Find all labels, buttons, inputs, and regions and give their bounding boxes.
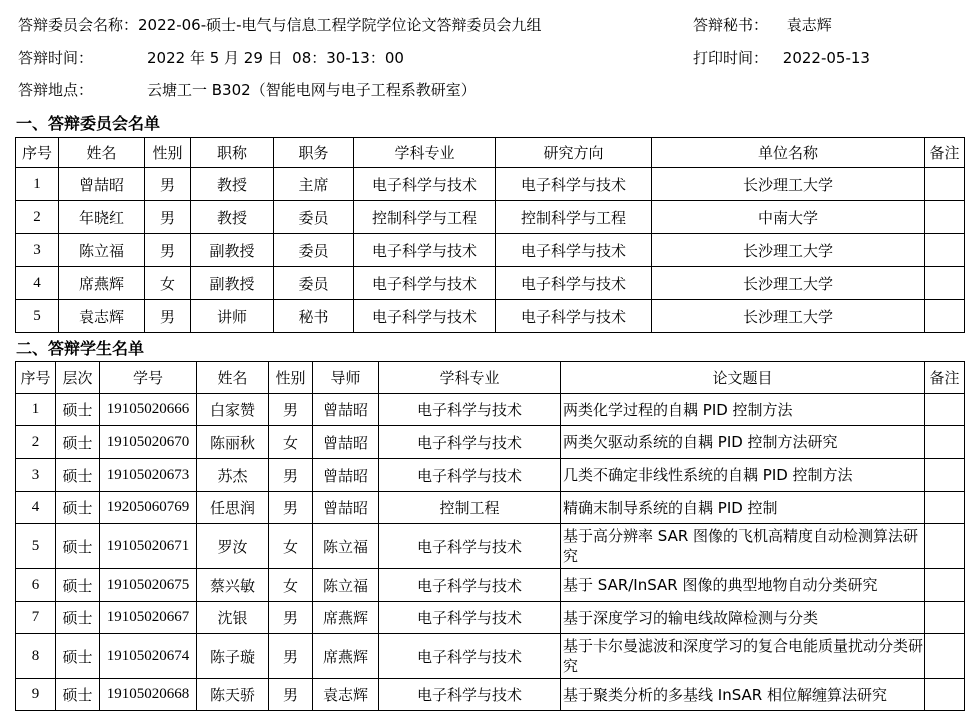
defense-time-value: 2022 年 5 月 29 日 08：30-13：00 bbox=[147, 47, 404, 68]
cell-advisor: 曾喆昭 bbox=[313, 492, 379, 524]
col-header-research: 研究方向 bbox=[496, 138, 652, 168]
committee-row: 2 年晓红 男 教授 委员 控制科学与工程 控制科学与工程 中南大学 bbox=[16, 201, 965, 234]
cell-title: 副教授 bbox=[191, 267, 274, 300]
cell-research: 电子科学与技术 bbox=[496, 168, 652, 201]
cell-advisor: 袁志辉 bbox=[313, 679, 379, 711]
cell-gender: 男 bbox=[145, 300, 191, 333]
cell-student-id: 19105020666 bbox=[100, 394, 197, 426]
print-time-label: 打印时间： bbox=[693, 49, 768, 67]
cell-thesis-title: 基于 SAR/InSAR 图像的典型地物自动分类研究 bbox=[561, 569, 925, 602]
cell-advisor: 曾喆昭 bbox=[313, 426, 379, 459]
cell-name: 陈立福 bbox=[59, 234, 145, 267]
cell-remarks bbox=[925, 459, 965, 492]
cell-name: 陈天骄 bbox=[197, 679, 269, 711]
committee-name-field: 答辩委员会名称：2022-06-硕士-电气与信息工程学院学位论文答辩委员会九组 bbox=[18, 14, 542, 35]
cell-role: 委员 bbox=[274, 267, 354, 300]
cell-discipline: 电子科学与技术 bbox=[379, 569, 561, 602]
secretary-value: 袁志辉 bbox=[787, 16, 832, 34]
cell-thesis-title: 精确末制导系统的自耦 PID 控制 bbox=[561, 492, 925, 524]
cell-title: 副教授 bbox=[191, 234, 274, 267]
cell-gender: 男 bbox=[269, 602, 313, 634]
col-header-name: 姓名 bbox=[197, 362, 269, 394]
cell-remarks bbox=[925, 492, 965, 524]
cell-thesis-title: 基于卡尔曼滤波和深度学习的复合电能质量扰动分类研究 bbox=[561, 634, 925, 679]
cell-name: 袁志辉 bbox=[59, 300, 145, 333]
col-header-discipline: 学科专业 bbox=[379, 362, 561, 394]
cell-remarks bbox=[925, 634, 965, 679]
cell-name: 苏杰 bbox=[197, 459, 269, 492]
cell-gender: 男 bbox=[145, 234, 191, 267]
print-time-value: 2022-05-13 bbox=[783, 49, 870, 67]
cell-institution: 长沙理工大学 bbox=[652, 168, 925, 201]
cell-name: 陈丽秋 bbox=[197, 426, 269, 459]
col-header-thesis-title: 论文题目 bbox=[561, 362, 925, 394]
cell-discipline: 电子科学与技术 bbox=[379, 459, 561, 492]
cell-level: 硕士 bbox=[56, 492, 100, 524]
cell-index: 5 bbox=[16, 524, 56, 569]
cell-remarks bbox=[925, 201, 965, 234]
cell-institution: 长沙理工大学 bbox=[652, 300, 925, 333]
cell-level: 硕士 bbox=[56, 394, 100, 426]
student-row: 5 硕士 19105020671 罗汝 女 陈立福 电子科学与技术 基于高分辨率… bbox=[16, 524, 965, 569]
cell-student-id: 19105020670 bbox=[100, 426, 197, 459]
cell-gender: 女 bbox=[269, 569, 313, 602]
cell-index: 7 bbox=[16, 602, 56, 634]
student-row: 6 硕士 19105020675 蔡兴敏 女 陈立福 电子科学与技术 基于 SA… bbox=[16, 569, 965, 602]
cell-remarks bbox=[925, 426, 965, 459]
cell-research: 控制科学与工程 bbox=[496, 201, 652, 234]
cell-discipline: 电子科学与技术 bbox=[354, 168, 496, 201]
col-header-index: 序号 bbox=[16, 362, 56, 394]
student-row: 2 硕士 19105020670 陈丽秋 女 曾喆昭 电子科学与技术 两类欠驱动… bbox=[16, 426, 965, 459]
cell-gender: 女 bbox=[269, 426, 313, 459]
student-row: 9 硕士 19105020668 陈天骄 男 袁志辉 电子科学与技术 基于聚类分… bbox=[16, 679, 965, 711]
cell-advisor: 曾喆昭 bbox=[313, 394, 379, 426]
cell-title: 教授 bbox=[191, 168, 274, 201]
cell-level: 硕士 bbox=[56, 426, 100, 459]
committee-row: 4 席燕辉 女 副教授 委员 电子科学与技术 电子科学与技术 长沙理工大学 bbox=[16, 267, 965, 300]
cell-index: 2 bbox=[16, 426, 56, 459]
cell-level: 硕士 bbox=[56, 679, 100, 711]
cell-role: 秘书 bbox=[274, 300, 354, 333]
cell-gender: 女 bbox=[145, 267, 191, 300]
cell-gender: 男 bbox=[269, 492, 313, 524]
cell-discipline: 电子科学与技术 bbox=[354, 267, 496, 300]
cell-name: 白家赞 bbox=[197, 394, 269, 426]
cell-gender: 男 bbox=[145, 168, 191, 201]
cell-student-id: 19105020671 bbox=[100, 524, 197, 569]
committee-name-label: 答辩委员会名称： bbox=[18, 16, 138, 34]
cell-institution: 长沙理工大学 bbox=[652, 234, 925, 267]
cell-institution: 长沙理工大学 bbox=[652, 267, 925, 300]
cell-name: 年晓红 bbox=[59, 201, 145, 234]
cell-remarks bbox=[925, 569, 965, 602]
col-header-index: 序号 bbox=[16, 138, 59, 168]
cell-index: 6 bbox=[16, 569, 56, 602]
student-row: 8 硕士 19105020674 陈子璇 男 席燕辉 电子科学与技术 基于卡尔曼… bbox=[16, 634, 965, 679]
cell-name: 陈子璇 bbox=[197, 634, 269, 679]
cell-gender: 女 bbox=[269, 524, 313, 569]
cell-student-id: 19105020675 bbox=[100, 569, 197, 602]
cell-title: 教授 bbox=[191, 201, 274, 234]
col-header-title: 职称 bbox=[191, 138, 274, 168]
col-header-role: 职务 bbox=[274, 138, 354, 168]
cell-name: 罗汝 bbox=[197, 524, 269, 569]
cell-level: 硕士 bbox=[56, 602, 100, 634]
cell-level: 硕士 bbox=[56, 569, 100, 602]
cell-index: 1 bbox=[16, 168, 59, 201]
col-header-discipline: 学科专业 bbox=[354, 138, 496, 168]
cell-role: 委员 bbox=[274, 234, 354, 267]
cell-name: 沈银 bbox=[197, 602, 269, 634]
committee-section-title: 一、答辩委员会名单 bbox=[16, 111, 160, 134]
student-row: 1 硕士 19105020666 白家赞 男 曾喆昭 电子科学与技术 两类化学过… bbox=[16, 394, 965, 426]
cell-discipline: 控制科学与工程 bbox=[354, 201, 496, 234]
students-table: 序号 层次 学号 姓名 性别 导师 学科专业 论文题目 备注 1 硕士 1910… bbox=[15, 361, 965, 711]
committee-table: 序号 姓名 性别 职称 职务 学科专业 研究方向 单位名称 备注 1 曾喆昭 男… bbox=[15, 137, 965, 333]
cell-discipline: 电子科学与技术 bbox=[379, 634, 561, 679]
defense-location-value: 云塘工一 B302（智能电网与电子工程系教研室） bbox=[147, 79, 476, 100]
cell-discipline: 电子科学与技术 bbox=[379, 524, 561, 569]
cell-thesis-title: 基于深度学习的输电线故障检测与分类 bbox=[561, 602, 925, 634]
cell-student-id: 19105020667 bbox=[100, 602, 197, 634]
col-header-gender: 性别 bbox=[145, 138, 191, 168]
cell-gender: 男 bbox=[269, 394, 313, 426]
cell-gender: 男 bbox=[269, 679, 313, 711]
cell-index: 2 bbox=[16, 201, 59, 234]
cell-name: 任思润 bbox=[197, 492, 269, 524]
cell-student-id: 19105020674 bbox=[100, 634, 197, 679]
cell-role: 主席 bbox=[274, 168, 354, 201]
cell-index: 1 bbox=[16, 394, 56, 426]
cell-remarks bbox=[925, 679, 965, 711]
defense-time-label: 答辩时间： bbox=[18, 49, 93, 67]
cell-advisor: 陈立福 bbox=[313, 524, 379, 569]
col-header-student-id: 学号 bbox=[100, 362, 197, 394]
cell-discipline: 电子科学与技术 bbox=[379, 394, 561, 426]
secretary-field: 答辩秘书： 袁志辉 bbox=[693, 14, 832, 35]
cell-discipline: 电子科学与技术 bbox=[379, 679, 561, 711]
cell-research: 电子科学与技术 bbox=[496, 267, 652, 300]
secretary-label: 答辩秘书： bbox=[693, 16, 768, 34]
cell-level: 硕士 bbox=[56, 634, 100, 679]
cell-index: 4 bbox=[16, 492, 56, 524]
cell-gender: 男 bbox=[269, 459, 313, 492]
col-header-gender: 性别 bbox=[269, 362, 313, 394]
cell-remarks bbox=[925, 394, 965, 426]
students-section-title: 二、答辩学生名单 bbox=[16, 336, 144, 359]
committee-header-row: 序号 姓名 性别 职称 职务 学科专业 研究方向 单位名称 备注 bbox=[16, 138, 965, 168]
cell-index: 3 bbox=[16, 459, 56, 492]
committee-row: 3 陈立福 男 副教授 委员 电子科学与技术 电子科学与技术 长沙理工大学 bbox=[16, 234, 965, 267]
cell-discipline: 电子科学与技术 bbox=[379, 602, 561, 634]
cell-student-id: 19105020673 bbox=[100, 459, 197, 492]
cell-thesis-title: 基于聚类分析的多基线 InSAR 相位解缠算法研究 bbox=[561, 679, 925, 711]
cell-discipline: 电子科学与技术 bbox=[379, 426, 561, 459]
cell-index: 8 bbox=[16, 634, 56, 679]
col-header-advisor: 导师 bbox=[313, 362, 379, 394]
committee-row: 5 袁志辉 男 讲师 秘书 电子科学与技术 电子科学与技术 长沙理工大学 bbox=[16, 300, 965, 333]
cell-gender: 男 bbox=[145, 201, 191, 234]
cell-advisor: 席燕辉 bbox=[313, 634, 379, 679]
cell-name: 蔡兴敏 bbox=[197, 569, 269, 602]
student-row: 3 硕士 19105020673 苏杰 男 曾喆昭 电子科学与技术 几类不确定非… bbox=[16, 459, 965, 492]
cell-remarks bbox=[925, 267, 965, 300]
cell-advisor: 曾喆昭 bbox=[313, 459, 379, 492]
cell-discipline: 电子科学与技术 bbox=[354, 300, 496, 333]
cell-research: 电子科学与技术 bbox=[496, 234, 652, 267]
committee-row: 1 曾喆昭 男 教授 主席 电子科学与技术 电子科学与技术 长沙理工大学 bbox=[16, 168, 965, 201]
cell-advisor: 席燕辉 bbox=[313, 602, 379, 634]
student-row: 7 硕士 19105020667 沈银 男 席燕辉 电子科学与技术 基于深度学习… bbox=[16, 602, 965, 634]
col-header-remarks: 备注 bbox=[925, 362, 965, 394]
cell-remarks bbox=[925, 524, 965, 569]
cell-institution: 中南大学 bbox=[652, 201, 925, 234]
student-row: 4 硕士 19205060769 任思润 男 曾喆昭 控制工程 精确末制导系统的… bbox=[16, 492, 965, 524]
col-header-level: 层次 bbox=[56, 362, 100, 394]
defense-location-label: 答辩地点： bbox=[18, 79, 93, 100]
cell-thesis-title: 几类不确定非线性系统的自耦 PID 控制方法 bbox=[561, 459, 925, 492]
cell-level: 硕士 bbox=[56, 459, 100, 492]
print-time-field: 打印时间： 2022-05-13 bbox=[693, 47, 870, 68]
students-header-row: 序号 层次 学号 姓名 性别 导师 学科专业 论文题目 备注 bbox=[16, 362, 965, 394]
cell-remarks bbox=[925, 168, 965, 201]
cell-advisor: 陈立福 bbox=[313, 569, 379, 602]
cell-index: 5 bbox=[16, 300, 59, 333]
cell-remarks bbox=[925, 300, 965, 333]
cell-thesis-title: 两类欠驱动系统的自耦 PID 控制方法研究 bbox=[561, 426, 925, 459]
cell-index: 9 bbox=[16, 679, 56, 711]
col-header-institution: 单位名称 bbox=[652, 138, 925, 168]
cell-index: 3 bbox=[16, 234, 59, 267]
cell-discipline: 电子科学与技术 bbox=[354, 234, 496, 267]
defense-time-field: 答辩时间： bbox=[18, 47, 93, 68]
cell-remarks bbox=[925, 602, 965, 634]
cell-student-id: 19205060769 bbox=[100, 492, 197, 524]
cell-gender: 男 bbox=[269, 634, 313, 679]
cell-thesis-title: 基于高分辨率 SAR 图像的飞机高精度自动检测算法研究 bbox=[561, 524, 925, 569]
cell-student-id: 19105020668 bbox=[100, 679, 197, 711]
cell-level: 硕士 bbox=[56, 524, 100, 569]
col-header-remarks: 备注 bbox=[925, 138, 965, 168]
cell-research: 电子科学与技术 bbox=[496, 300, 652, 333]
col-header-name: 姓名 bbox=[59, 138, 145, 168]
cell-name: 曾喆昭 bbox=[59, 168, 145, 201]
cell-role: 委员 bbox=[274, 201, 354, 234]
cell-thesis-title: 两类化学过程的自耦 PID 控制方法 bbox=[561, 394, 925, 426]
cell-index: 4 bbox=[16, 267, 59, 300]
cell-name: 席燕辉 bbox=[59, 267, 145, 300]
cell-remarks bbox=[925, 234, 965, 267]
cell-discipline: 控制工程 bbox=[379, 492, 561, 524]
committee-name-value: 2022-06-硕士-电气与信息工程学院学位论文答辩委员会九组 bbox=[138, 16, 542, 34]
cell-title: 讲师 bbox=[191, 300, 274, 333]
